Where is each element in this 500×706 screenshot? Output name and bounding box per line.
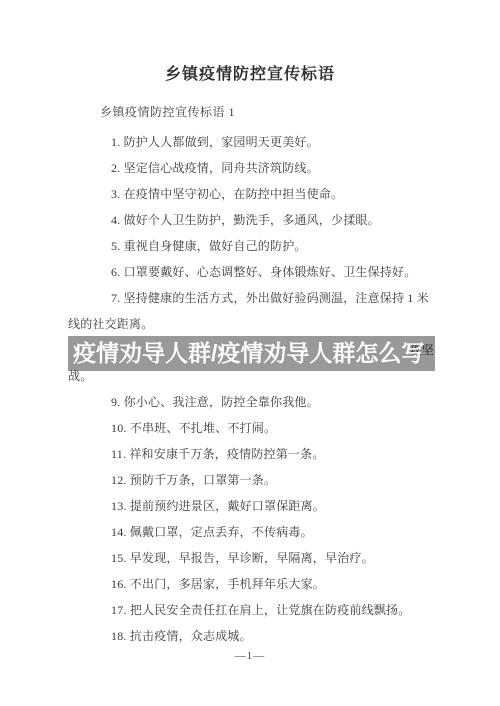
slogan-line: 16. 不出门，多居家，手机拜年乐大家。	[68, 571, 434, 597]
slogan-line: 12. 预防千万条，口罩第一条。	[68, 467, 434, 493]
slogan-line: 10. 不串班、不扎堆、不打闹。	[68, 415, 434, 441]
slogan-line: 17. 把人民安全责任扛在肩上，让党旗在防疫前线飘扬。	[68, 597, 434, 623]
slogan-line: 7. 坚持健康的生活方式，外出做好验码测温，注意保持 1 米	[68, 285, 434, 311]
slogan-line: 11. 祥和安康千万条，疫情防控第一条。	[68, 441, 434, 467]
slogan-line: 5. 重视自身健康，做好自己的防护。	[68, 233, 434, 259]
slogan-line: 2. 坚定信心战疫情，同舟共济筑防线。	[68, 155, 434, 181]
slogan-line: 9. 你小心、我注意，防控全靠你我他。	[68, 389, 434, 415]
slogan-line: 18. 抗击疫情，众志成城。	[68, 623, 434, 649]
overlay-title-text: 疫情劝导人群/疫情劝导人群怎么写	[73, 340, 424, 366]
slogan-list: 1. 防护人人都做到，家园明天更美好。 2. 坚定信心战疫情，同舟共济筑防线。 …	[68, 129, 434, 649]
slogan-line: 15. 早发现，早报告，早诊断，早隔离，早治疗。	[68, 545, 434, 571]
page-title: 乡镇疫情防控宣传标语	[0, 61, 500, 84]
slogan-line: 3. 在疫情中坚守初心，在防控中担当使命。	[68, 181, 434, 207]
overlay-title-banner: 疫情劝导人群/疫情劝导人群怎么写	[68, 336, 435, 371]
slogan-line: 14. 佩戴口罩，定点丢弃，不传病毒。	[68, 519, 434, 545]
page-number: —1—	[0, 650, 500, 662]
slogan-line: 6. 口罩要戴好、心态调整好、身体锻炼好、卫生保持好。	[68, 259, 434, 285]
slogan-line-continuation: 线的社交距离。	[68, 311, 434, 337]
document-page: 乡镇疫情防控宣传标语 乡镇疫情防控宣传标语 1 1. 防护人人都做到，家园明天更…	[0, 0, 500, 706]
slogan-line: 13. 提前预约进景区，戴好口罩保距离。	[68, 493, 434, 519]
slogan-line: 1. 防护人人都做到，家园明天更美好。	[68, 129, 434, 155]
doc-subtitle: 乡镇疫情防控宣传标语 1	[100, 103, 235, 120]
slogan-line: 4. 做好个人卫生防护，勤洗手，多通风，少揉眼。	[68, 207, 434, 233]
